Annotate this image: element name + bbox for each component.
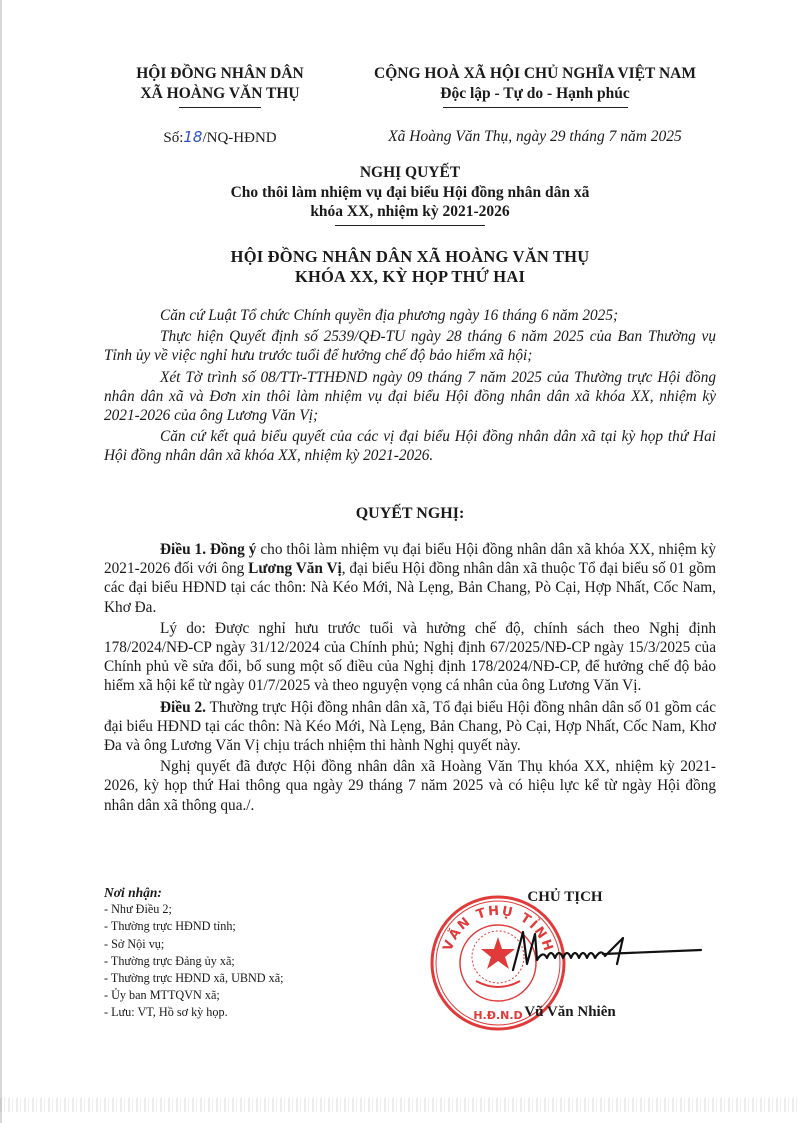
issuer-block: HỘI ĐỒNG NHÂN DÂN XÃ HOÀNG VĂN THỤ	[100, 64, 340, 108]
document-title: NGHỊ QUYẾT Cho thôi làm nhiệm vụ đại biể…	[100, 163, 720, 226]
recipient-item: - Lưu: VT, Hồ sơ kỳ họp.	[104, 1004, 364, 1021]
doc-type: NGHỊ QUYẾT	[100, 163, 720, 183]
recipients-heading: Nơi nhận:	[104, 884, 364, 901]
basis-item: Thực hiện Quyết định số 2539/QĐ-TU ngày …	[104, 327, 716, 365]
person-name: Lương Văn Vị	[248, 560, 342, 577]
recipients: Nơi nhận: - Như Điều 2; - Thường trực HĐ…	[104, 884, 364, 1022]
closing-paragraph: Nghị quyết đã được Hội đồng nhân dân xã …	[104, 757, 716, 815]
nation-name: CỘNG HOÀ XÃ HỘI CHỦ NGHĨA VIỆT NAM	[345, 64, 725, 84]
article-1: Điều 1. Đồng ý cho thôi làm nhiệm vụ đại…	[104, 540, 716, 617]
council-heading: HỘI ĐỒNG NHÂN DÂN XÃ HOÀNG VĂN THỤ KHÓA …	[100, 247, 720, 287]
place-date: Xã Hoàng Văn Thụ, ngày 29 tháng 7 năm 20…	[345, 128, 725, 146]
signer-title: CHỦ TỊCH	[505, 889, 625, 906]
handwritten-signature-icon	[505, 920, 705, 980]
recipient-item: - Như Điều 2;	[104, 901, 364, 918]
handwritten-number: 18	[183, 128, 202, 146]
article-2: Điều 2. Thường trực Hội đồng nhân dân xã…	[104, 698, 716, 756]
issuer-underline	[179, 107, 261, 108]
basis-item: Xét Tờ trình số 08/TTr-TTHĐND ngày 09 th…	[104, 368, 716, 426]
scan-artifact	[0, 1098, 800, 1112]
recipient-item: - Thường trực Đảng ủy xã;	[104, 953, 364, 970]
resolution-heading: QUYẾT NGHỊ:	[100, 505, 720, 523]
basis-item: Căn cứ Luật Tổ chức Chính quyền địa phươ…	[104, 306, 716, 325]
doc-subject-line-1: Cho thôi làm nhiệm vụ đại biểu Hội đồng …	[100, 183, 720, 203]
motto-underline	[443, 107, 628, 108]
signer-name: Vũ Văn Nhiên	[505, 1004, 635, 1021]
articles: Điều 1. Đồng ý cho thôi làm nhiệm vụ đại…	[104, 540, 716, 817]
title-underline	[335, 225, 485, 226]
scan-edge	[0, 0, 2, 1123]
motto: Độc lập - Tự do - Hạnh phúc	[345, 84, 725, 104]
document-number: Số:18/NQ-HĐND	[100, 128, 340, 147]
recipient-item: - Thường trực HĐND tỉnh;	[104, 918, 364, 935]
issuer-line-2: XÃ HOÀNG VĂN THỤ	[100, 84, 340, 104]
basis-item: Căn cứ kết quả biểu quyết của các vị đại…	[104, 427, 716, 465]
council-line-2: KHÓA XX, KỲ HỌP THỨ HAI	[100, 267, 720, 287]
issuer-line-1: HỘI ĐỒNG NHÂN DÂN	[100, 64, 340, 84]
legal-basis: Căn cứ Luật Tổ chức Chính quyền địa phươ…	[104, 306, 716, 468]
national-motto-block: CỘNG HOÀ XÃ HỘI CHỦ NGHĨA VIỆT NAM Độc l…	[345, 64, 725, 108]
council-line-1: HỘI ĐỒNG NHÂN DÂN XÃ HOÀNG VĂN THỤ	[100, 247, 720, 267]
doc-subject-line-2: khóa XX, nhiệm kỳ 2021-2026	[100, 202, 720, 222]
article-1-reason: Lý do: Được nghỉ hưu trước tuổi và hưởng…	[104, 619, 716, 696]
recipient-item: - Thường trực HĐND xã, UBND xã;	[104, 970, 364, 987]
recipient-item: - Ủy ban MTTQVN xã;	[104, 987, 364, 1004]
recipient-item: - Sở Nội vụ;	[104, 936, 364, 953]
